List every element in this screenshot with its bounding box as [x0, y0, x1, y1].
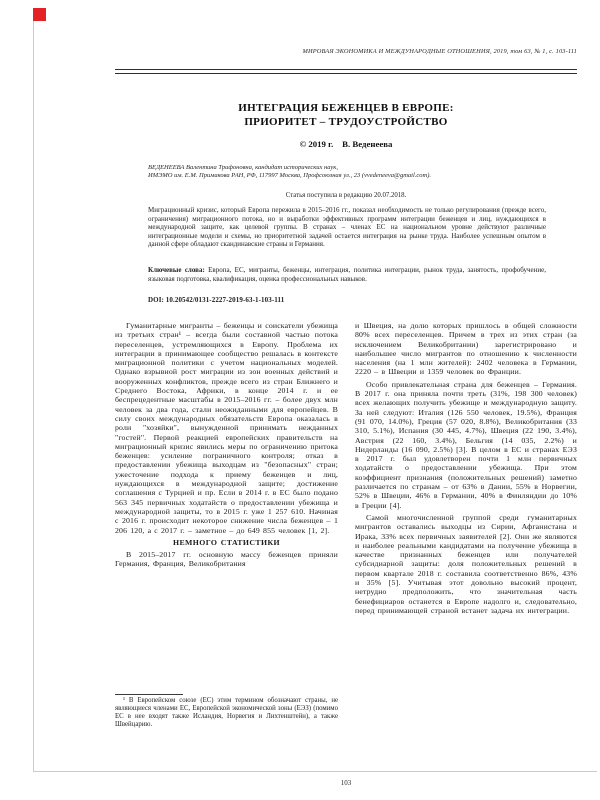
journal-header: МИРОВАЯ ЭКОНОМИКА И МЕЖДУНАРОДНЫЕ ОТНОШЕ…: [115, 48, 577, 55]
keywords: Ключевые слова: Европа, ЕС, мигранты, бе…: [148, 266, 546, 283]
copyright-author-line: © 2019 г. В. Веденеева: [115, 139, 577, 149]
left-column-paragraph-1: Гуманитарные мигранты – беженцы и соиска…: [115, 321, 338, 535]
footnote-text: ¹ В Европейском союзе (ЕС) этим термином…: [115, 697, 338, 729]
page-content: МИРОВАЯ ЭКОНОМИКА И МЕЖДУНАРОДНЫЕ ОТНОШЕ…: [115, 0, 577, 800]
page-number: 103: [115, 779, 577, 787]
right-column-paragraph-3: Самой многочисленной группой среди гуман…: [355, 513, 577, 615]
right-column-paragraph-2: Особо привлекательная страна для беженце…: [355, 380, 577, 510]
doi: DOI: 10.20542/0131-2227-2019-63-1-103-11…: [148, 296, 546, 304]
page-edge-left-line: [33, 21, 34, 771]
footnote-separator-rule: [115, 694, 183, 695]
article-title: ИНТЕГРАЦИЯ БЕЖЕНЦЕВ В ЕВРОПЕ: ПРИОРИТЕТ …: [115, 101, 577, 129]
body-right-column: и Швеция, на долю которых пришлось в общ…: [355, 321, 577, 618]
received-date-line: Статья поступила в редакцию 20.07.2018.: [115, 192, 577, 199]
abstract: Миграционный кризис, который Европа пере…: [148, 206, 546, 249]
red-selection-marker: [33, 8, 46, 21]
keywords-label: Ключевые слова:: [148, 266, 205, 274]
section-heading-statistics: НЕМНОГО СТАТИСТИКИ: [115, 538, 338, 547]
journal-page: { "article": { "journal_header": "МИРОВА…: [0, 0, 600, 800]
left-column-paragraph-2: В 2015–2017 гг. основную массу беженцев …: [115, 550, 338, 569]
header-double-rule: [115, 69, 577, 74]
article-title-line2: ПРИОРИТЕТ – ТРУДОУСТРОЙСТВО: [115, 115, 577, 129]
author-affiliation-block: ВЕДЕНЕЕВА Валентина Трифоновна, кандидат…: [148, 164, 546, 180]
keywords-text: Европа, ЕС, мигранты, беженцы, интеграци…: [148, 266, 546, 283]
author-affiliation-line1: ВЕДЕНЕЕВА Валентина Трифоновна, кандидат…: [148, 164, 546, 172]
author-affiliation-line2: ИМЭМО им. Е.М. Примакова РАН, РФ, 117997…: [148, 172, 546, 180]
body-left-column: Гуманитарные мигранты – беженцы и соиска…: [115, 321, 338, 572]
right-column-paragraph-1: и Швеция, на долю которых пришлось в общ…: [355, 321, 577, 377]
footnote-block: ¹ В Европейском союзе (ЕС) этим термином…: [115, 694, 338, 729]
article-title-line1: ИНТЕГРАЦИЯ БЕЖЕНЦЕВ В ЕВРОПЕ:: [115, 101, 577, 115]
